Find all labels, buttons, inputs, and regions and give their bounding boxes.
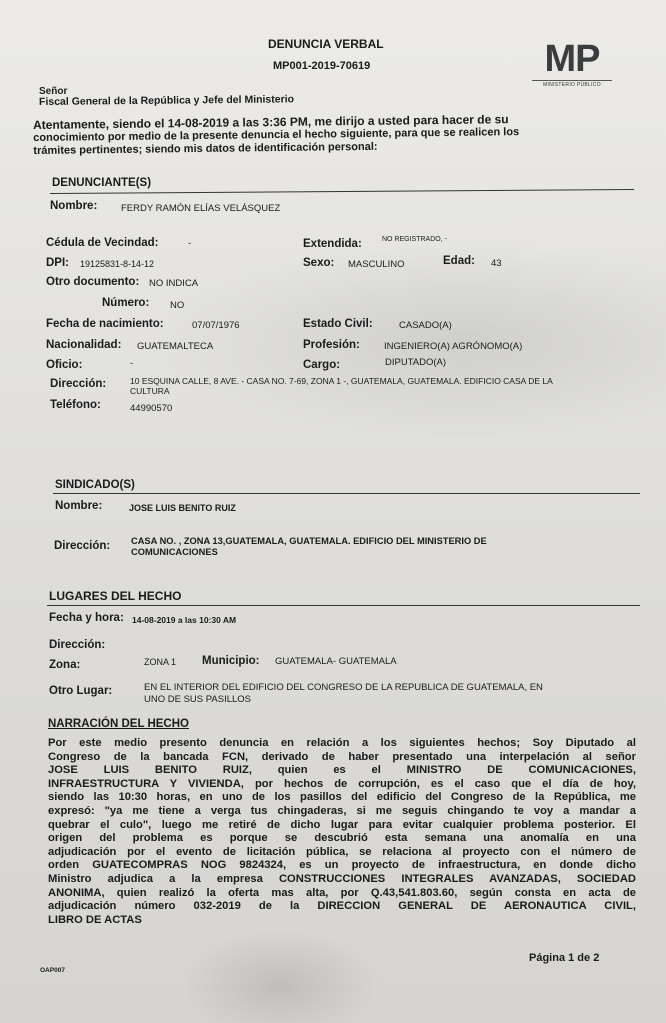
narracion-line: INFRAESTRUCTURA Y VIVIENDA, por hechos d…	[48, 778, 636, 792]
field-label: DPI:	[46, 257, 69, 269]
photo-shadow-bottom	[180, 930, 380, 1023]
direccion-line: CASA NO. , ZONA 13,GUATEMALA, GUATEMALA.…	[131, 536, 487, 547]
field-label: Municipio:	[202, 655, 260, 667]
narracion-line: siendo las 10:30 horas, en uno de los pa…	[48, 791, 636, 805]
denunciante-cargo: DIPUTADO(A)	[385, 357, 446, 368]
section-rule	[50, 189, 634, 194]
field-label: Número:	[102, 297, 149, 309]
field-label: Extendida:	[303, 238, 362, 250]
field-label: Nacionalidad:	[46, 339, 121, 351]
field-label: Dirección:	[54, 540, 110, 552]
field-label: Teléfono:	[50, 399, 101, 411]
field-label: Nombre:	[55, 500, 102, 512]
denunciante-nombre: FERDY RAMÓN ELÍAS VELÁSQUEZ	[121, 203, 280, 214]
otro-lugar-line: UNO DE SUS PASILLOS	[144, 694, 543, 706]
narracion-line: adjudicación por el evento de licitación…	[48, 846, 636, 860]
narracion-line: Congreso de la bancada FCN, derivado de …	[48, 751, 636, 765]
lugares-zona: ZONA 1	[144, 657, 176, 667]
denunciante-telefono: 44990570	[130, 403, 172, 414]
direccion-line: 10 ESQUINA CALLE, 8 AVE. - CASA NO. 7-69…	[130, 376, 553, 386]
narracion-line: JOSE LUIS BENITO RUIZ, quien es el MINIS…	[48, 764, 636, 778]
page-number: Página 1 de 2	[529, 952, 599, 964]
field-label: Profesión:	[303, 339, 360, 351]
narracion-line: adjudicación número 032-2019 de la DIREC…	[48, 900, 636, 914]
narracion-line: quebrar el culo", luego me retiré de dic…	[48, 819, 636, 833]
lugares-fecha: 14-08-2019 a las 10:30 AM	[132, 615, 236, 625]
narracion-line: orden GUATECOMPRAS NOG 9824324, es un pr…	[48, 859, 636, 873]
denunciante-direccion: 10 ESQUINA CALLE, 8 AVE. - CASA NO. 7-69…	[130, 376, 553, 396]
field-label: Estado Civil:	[303, 318, 373, 330]
denunciante-edad: 43	[491, 258, 502, 269]
denunciante-cedula: -	[188, 238, 191, 249]
lugares-municipio: GUATEMALA- GUATEMALA	[275, 656, 397, 667]
mp-logo: MP MINISTERIO PÚBLICO	[532, 40, 612, 96]
section-heading-denunciante: DENUNCIANTE(S)	[52, 177, 151, 189]
document-title: DENUNCIA VERBAL	[268, 37, 384, 51]
sindicado-nombre: JOSE LUIS BENITO RUIZ	[129, 503, 236, 513]
direccion-line: COMUNICACIONES	[131, 547, 487, 558]
denunciante-nacionalidad: GUATEMALTECA	[137, 341, 213, 352]
field-label: Dirección:	[49, 639, 105, 651]
intro-paragraph: Atentamente, siendo el 14-08-2019 a las …	[33, 112, 633, 158]
logo-subtitle: MINISTERIO PÚBLICO	[532, 82, 612, 88]
denunciante-oficio: -	[130, 358, 133, 369]
narracion-line: LIBRO DE ACTAS	[48, 914, 636, 928]
section-rule	[53, 493, 640, 494]
recipient: Fiscal General de la República y Jefe de…	[39, 93, 294, 108]
narracion-line: Por este medio presento denuncia en rela…	[48, 737, 636, 751]
denunciante-sexo: MASCULINO	[348, 259, 404, 270]
field-label: Dirección:	[50, 378, 106, 390]
document-code: MP001-2019-70619	[273, 60, 370, 72]
denunciante-profesion: INGENIERO(A) AGRÓNOMO(A)	[384, 341, 522, 352]
field-label: Cargo:	[303, 359, 340, 371]
field-label: Zona:	[49, 659, 80, 671]
form-code: OAP007	[40, 967, 65, 974]
sindicado-direccion: CASA NO. , ZONA 13,GUATEMALA, GUATEMALA.…	[131, 536, 487, 558]
field-label: Edad:	[443, 255, 475, 267]
narracion-line: origen del problema es porque se descubr…	[48, 832, 636, 846]
lugares-otro-lugar: EN EL INTERIOR DEL EDIFICIO DEL CONGRESO…	[144, 682, 543, 706]
direccion-line: CULTURA	[130, 386, 553, 396]
field-label: Cédula de Vecindad:	[46, 237, 158, 249]
field-label: Sexo:	[303, 257, 334, 269]
photo-shadow	[150, 240, 666, 440]
section-heading-lugares: LUGARES DEL HECHO	[49, 589, 181, 603]
logo-rule	[532, 80, 612, 81]
denunciante-estado-civil: CASADO(A)	[399, 320, 452, 331]
section-rule	[47, 605, 640, 606]
narracion-line: Ministro adjudica a la empresa CONSTRUCC…	[48, 873, 636, 887]
narracion-line: ANONIMA, quien realizó la oferta mas alt…	[48, 887, 636, 901]
narracion-line: expresó: "ya me tiene a verga tus chinga…	[48, 805, 636, 819]
denunciante-extendida: NO REGISTRADO, -	[382, 236, 447, 243]
narracion-text: Por este medio presento denuncia en rela…	[48, 737, 636, 927]
denunciante-numero: NO	[170, 300, 184, 311]
section-heading-narracion: NARRACIÓN DEL HECHO	[48, 718, 189, 730]
field-label: Fecha de nacimiento:	[46, 318, 164, 330]
field-label: Otro Lugar:	[49, 685, 112, 697]
denunciante-dpi: 19125831-8-14-12	[80, 259, 154, 269]
logo-mark: MP	[532, 40, 612, 78]
field-label: Nombre:	[50, 200, 97, 212]
field-label: Otro documento:	[46, 276, 139, 288]
field-label: Fecha y hora:	[49, 612, 124, 624]
field-label: Oficio:	[46, 359, 82, 371]
section-heading-sindicado: SINDICADO(S)	[55, 479, 135, 491]
denunciante-otro-documento: NO INDICA	[149, 278, 198, 289]
otro-lugar-line: EN EL INTERIOR DEL EDIFICIO DEL CONGRESO…	[144, 682, 543, 694]
denunciante-nacimiento: 07/07/1976	[192, 320, 240, 331]
